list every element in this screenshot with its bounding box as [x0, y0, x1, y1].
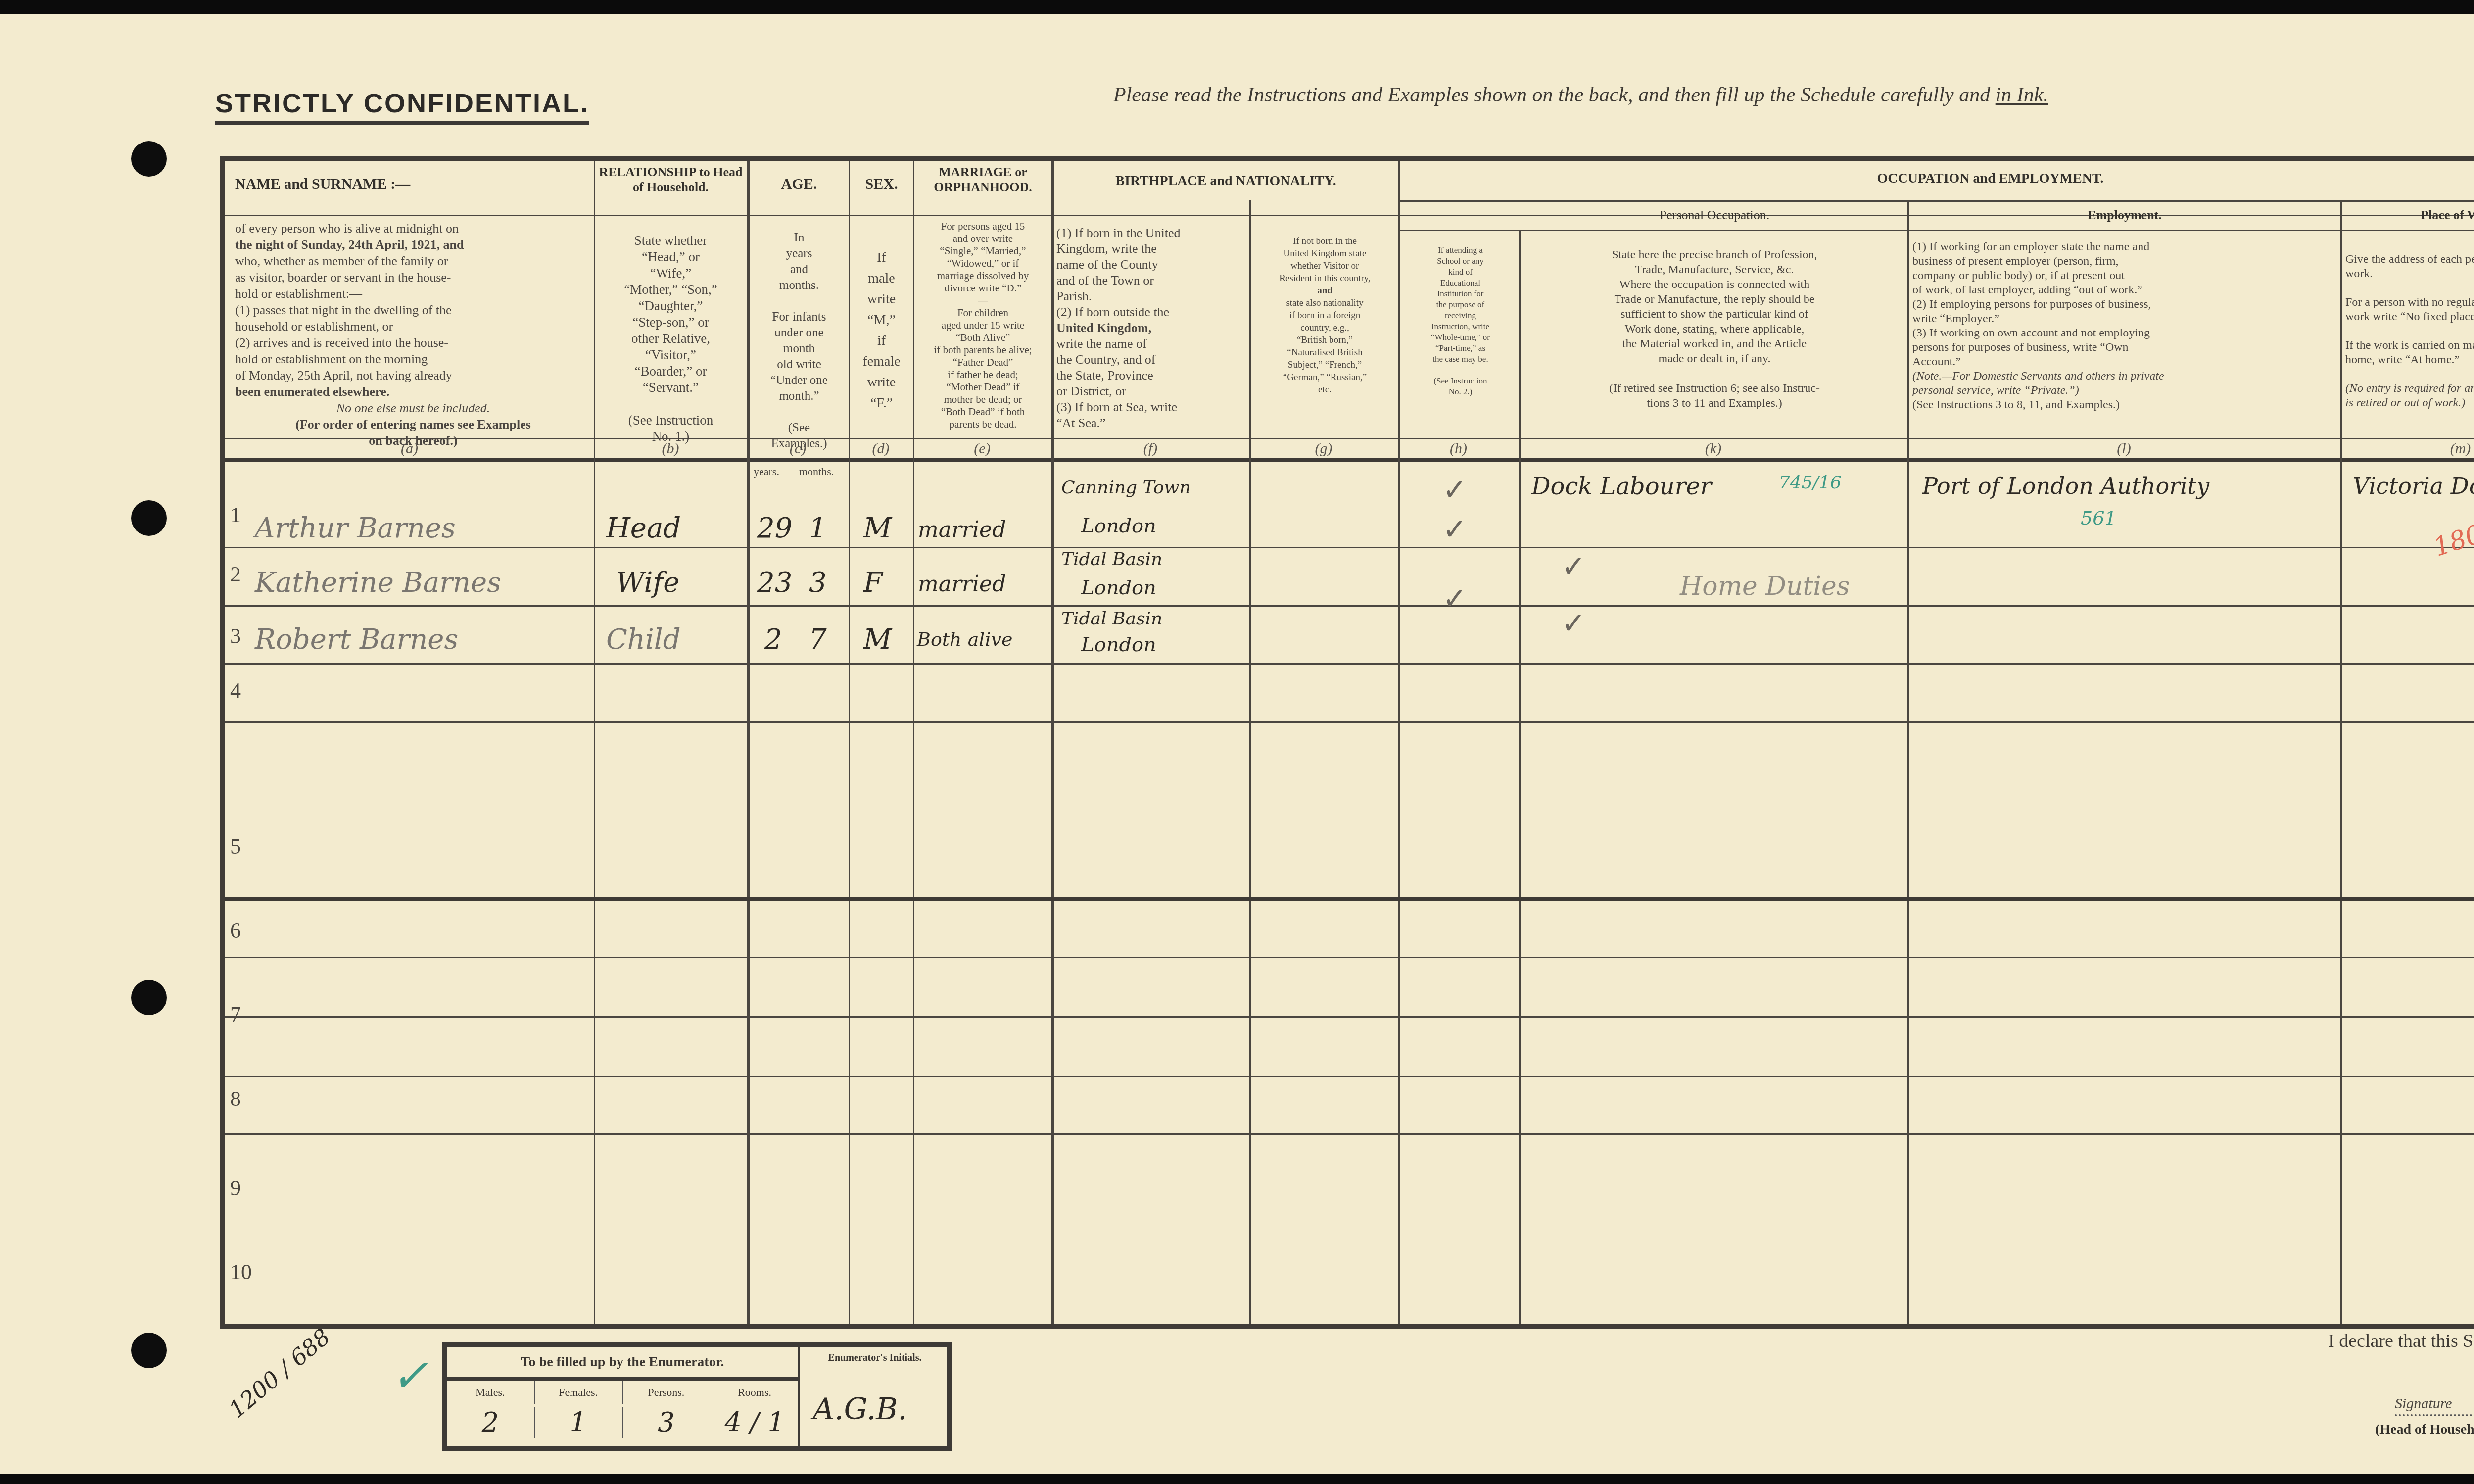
summary-title: To be filled up by the Enumerator. — [447, 1347, 798, 1381]
row1-relationship[interactable]: Head — [606, 512, 681, 544]
col-title-sex: SEX. — [850, 176, 913, 192]
in-ink-emphasis: in Ink. — [1996, 84, 2048, 106]
checkmark-icon: ✓ — [391, 1350, 428, 1402]
row-line — [225, 1076, 2474, 1077]
enumerator-summary-box: To be filled up by the Enumerator. Enume… — [442, 1342, 952, 1451]
row1-age-months[interactable]: 1 — [809, 512, 827, 544]
col-title-marriage: MARRIAGE or ORPHANHOOD. — [914, 165, 1051, 194]
row2-name[interactable]: Katherine Barnes — [255, 567, 501, 599]
signature-label: Signature — [2395, 1395, 2452, 1412]
rooms-value[interactable]: 4 / 1 — [710, 1407, 798, 1438]
instr-age: Inyearsandmonths. For infantsunder onemo… — [750, 230, 849, 452]
instr-sex: Ifmalewrite“M,”iffemalewrite“F.” — [850, 247, 913, 414]
col-letter-h: (h) — [1398, 440, 1519, 457]
col-title-name: NAME and SURNAME :— — [235, 176, 410, 192]
row3-relationship[interactable]: Child — [606, 623, 681, 656]
row-line — [225, 547, 2474, 548]
row3-sex[interactable]: M — [863, 623, 892, 656]
col-title-birthplace: BIRTHPLACE and NATIONALITY. — [1054, 173, 1398, 189]
instr-education: If attending aSchool or anykind ofEducat… — [1402, 245, 1519, 397]
signature-note: (Head of Household, Manager of Establish… — [2375, 1422, 2474, 1437]
row-line — [225, 721, 2474, 723]
enumerator-initials[interactable]: A.G.B. — [813, 1392, 907, 1427]
row2-age-years[interactable]: 23 — [757, 567, 792, 599]
col-title-age: AGE. — [750, 176, 849, 192]
row3-birthplace-county[interactable]: London — [1081, 633, 1156, 656]
signature-line: Signature Arthur Barnes — [2395, 1385, 2474, 1416]
row1-marriage[interactable]: married — [918, 517, 1006, 542]
col-divider — [1051, 161, 1054, 1324]
instr-marriage: For persons aged 15and over write“Single… — [914, 220, 1051, 431]
row1-age-years[interactable]: 29 — [757, 512, 792, 544]
row1-birthplace-town[interactable]: Canning Town — [1061, 478, 1190, 498]
row-line — [225, 957, 2474, 958]
checkmark-icon: ✓ — [1561, 606, 1586, 641]
checkmark-icon: ✓ — [1442, 581, 1467, 616]
instr-birthplace-f: (1) If born in the UnitedKingdom, write … — [1056, 225, 1247, 431]
row1-name[interactable]: Arthur Barnes — [255, 512, 456, 544]
row3-age-months[interactable]: 7 — [809, 623, 827, 656]
row2-birthplace-county[interactable]: London — [1081, 576, 1156, 599]
females-value[interactable]: 1 — [534, 1407, 622, 1438]
punch-hole — [131, 500, 167, 536]
males-value[interactable]: 2 — [447, 1407, 534, 1438]
instr-personal-occupation: State here the precise branch of Profess… — [1526, 247, 1903, 411]
row-number: 6 — [230, 918, 241, 943]
col-divider — [1519, 230, 1521, 1324]
instr-relationship: State whether“Head,” or“Wife,”“Mother,” … — [595, 233, 746, 445]
punch-hole — [131, 980, 167, 1015]
col-letter-e: (e) — [913, 440, 1051, 457]
col-title-relationship: RELATIONSHIP to Head of Household. — [595, 165, 746, 194]
row1-sex[interactable]: M — [863, 512, 892, 544]
row-number: 7 — [230, 1002, 241, 1027]
col-letter-m: (m) — [2340, 440, 2474, 457]
row-number: 4 — [230, 678, 241, 703]
row2-sex[interactable]: F — [863, 567, 883, 599]
row-line — [225, 1133, 2474, 1135]
col-letter-a: (a) — [225, 440, 594, 457]
row2-relationship[interactable]: Wife — [616, 567, 679, 599]
instr-place-of-work: Give the address of each person's place … — [2345, 252, 2474, 410]
margin-note: 1200 / 688 — [224, 1323, 335, 1423]
row1-birthplace-county[interactable]: London — [1081, 515, 1156, 537]
header-divider — [225, 458, 2474, 462]
persons-value[interactable]: 3 — [622, 1407, 710, 1438]
row-number: 10 — [230, 1259, 252, 1285]
col-divider — [1907, 200, 1909, 1324]
row-number: 1 — [230, 502, 241, 527]
row3-age-years[interactable]: 2 — [764, 623, 782, 656]
row-number: 9 — [230, 1175, 241, 1200]
row1-place-of-work[interactable]: Victoria Docks — [2353, 473, 2474, 499]
col-letter-f: (f) — [1051, 440, 1249, 457]
occupation-subdivider — [1398, 200, 2474, 202]
instr-name: of every person who is alive at midnight… — [235, 220, 591, 449]
row-group-divider — [225, 897, 2474, 901]
instr-birthplace-g: If not born in theUnited Kingdom statewh… — [1252, 235, 1398, 396]
row2-birthplace-town[interactable]: Tidal Basin — [1061, 549, 1162, 570]
declaration-text: I declare that this Schedule is correctl… — [2328, 1330, 2474, 1352]
col-divider — [2340, 200, 2342, 1324]
row-line — [225, 1016, 2474, 1018]
col-letter-c: (c) — [747, 440, 849, 457]
row3-name[interactable]: Robert Barnes — [255, 623, 458, 656]
col-letter-k: (k) — [1519, 440, 1907, 457]
row1-employment-code: 561 — [2081, 507, 2117, 529]
summary-headers: Males. Females. Persons. Rooms. — [447, 1381, 798, 1404]
row-number: 3 — [230, 623, 241, 649]
row3-marriage[interactable]: Both alive — [917, 628, 1013, 650]
initials-label: Enumerator's Initials. — [803, 1352, 947, 1364]
punch-hole — [131, 1333, 167, 1368]
col-letter-b: (b) — [594, 440, 747, 457]
confidential-title: STRICTLY CONFIDENTIAL. — [215, 88, 589, 125]
summary-values: 2 1 3 4 / 1 — [447, 1407, 798, 1438]
row1-place-code: 1800/12 — [2430, 501, 2474, 563]
col-title-place-of-work: Place of Work. — [2342, 208, 2474, 223]
row2-occupation[interactable]: Home Duties — [1680, 572, 1850, 601]
row-line — [225, 663, 2474, 665]
row1-occupation[interactable]: Dock Labourer — [1531, 473, 1712, 500]
col-letter-d: (d) — [849, 440, 913, 457]
row1-occupation-code: 745/16 — [1779, 473, 1842, 493]
col-letter-g: (g) — [1249, 440, 1398, 457]
col-letter-l: (l) — [1907, 440, 2340, 457]
row3-birthplace-town[interactable]: Tidal Basin — [1061, 609, 1162, 629]
punch-hole — [131, 141, 167, 177]
col-divider — [1249, 200, 1251, 1324]
row2-marriage[interactable]: married — [918, 572, 1006, 597]
census-schedule-page: STRICTLY CONFIDENTIAL. Please read the I… — [0, 14, 2474, 1474]
row-number: 5 — [230, 834, 241, 859]
age-months-label: months. — [799, 465, 834, 478]
row-line — [225, 605, 2474, 607]
col-title-occupation: OCCUPATION and EMPLOYMENT. — [1400, 171, 2474, 187]
row2-age-months[interactable]: 3 — [809, 567, 827, 599]
schedule-table: NAME and SURNAME :— RELATIONSHIP to Head… — [220, 156, 2474, 1329]
checkmark-icon: ✓ — [1442, 473, 1467, 507]
age-years-label: years. — [754, 465, 779, 478]
occupation-subdivider-2 — [1398, 230, 2474, 231]
instr-employment: (1) If working for an employer state the… — [1912, 240, 2338, 412]
summary-divider — [798, 1347, 800, 1446]
col-title-personal-occupation: Personal Occupation. — [1522, 208, 1907, 223]
row-number: 2 — [230, 562, 241, 587]
row-number: 8 — [230, 1086, 241, 1111]
checkmark-icon: ✓ — [1561, 549, 1586, 584]
col-divider — [1398, 161, 1400, 1324]
row1-employment[interactable]: Port of London Authority — [1922, 473, 2209, 499]
fill-instructions: Please read the Instructions and Example… — [1113, 83, 2048, 107]
col-title-employment: Employment. — [1909, 208, 2340, 223]
checkmark-icon: ✓ — [1442, 512, 1467, 547]
